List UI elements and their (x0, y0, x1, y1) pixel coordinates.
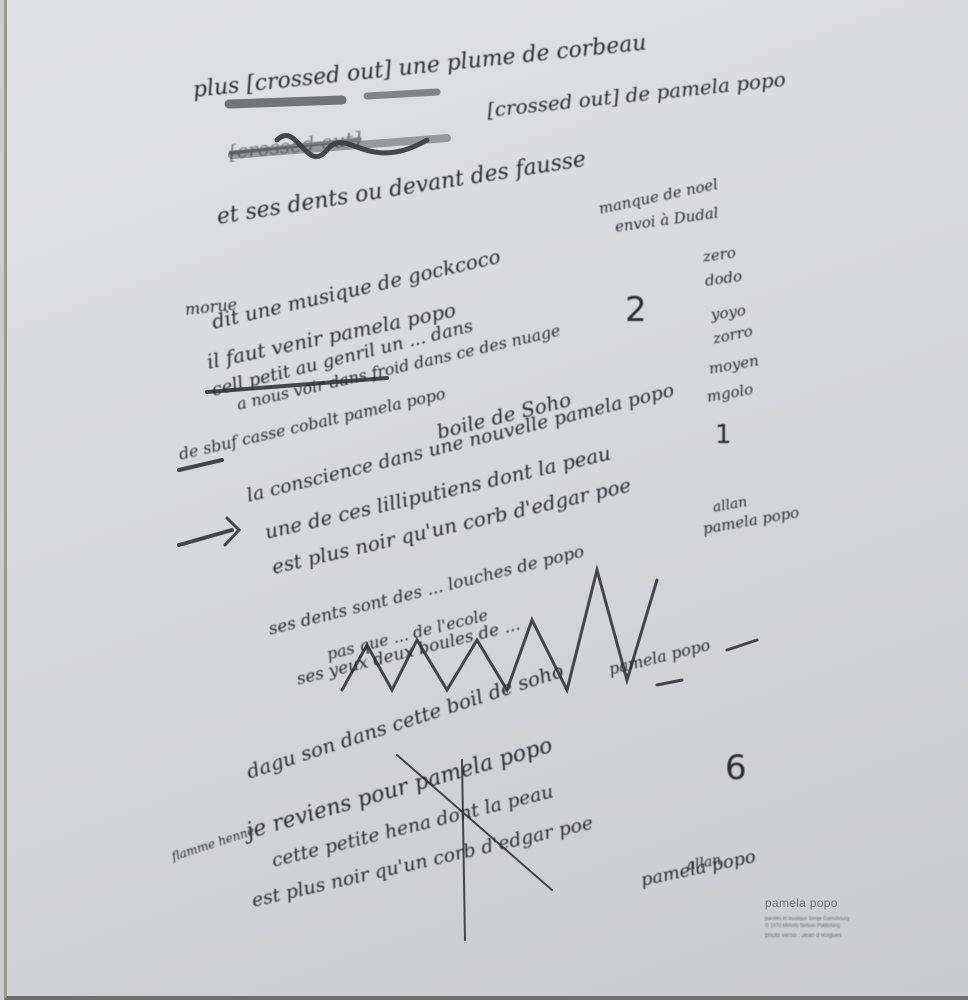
caption-title: pamela popo (765, 896, 849, 910)
page-number-2: 2 (625, 290, 647, 330)
caption-photo-line: photo verso : Jean d Rogues (765, 933, 849, 940)
page-number-6: 6 (725, 748, 747, 788)
caption-copyright-line: © 1970 Melody Nelson Publishing (765, 923, 849, 930)
page-number-1: 1 (715, 420, 732, 450)
manuscript-sheet: plus [crossed out] une plume de corbeau … (4, 0, 968, 1000)
caption-credit-line: paroles et musique Serge Gainsbourg (765, 916, 849, 923)
artwork-caption: pamela popo paroles et musique Serge Gai… (765, 896, 849, 940)
